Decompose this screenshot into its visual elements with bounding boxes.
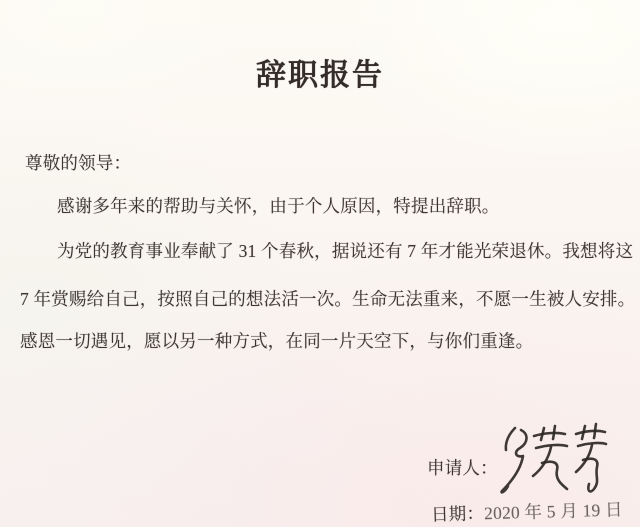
salutation-line: 尊敬的领导： — [25, 150, 131, 175]
date-label: 日期： — [431, 503, 485, 524]
resignation-letter-photo: 辞职报告 尊敬的领导： 感谢多年来的帮助与关怀，由于个人原因，特提出辞职。 为党… — [0, 0, 640, 527]
handwritten-signature — [490, 421, 610, 499]
paragraph-career-line-2: 7 年赏赐给自己，按照自己的想法活一次。生命无法重来，不愿一生被人安排。 — [20, 286, 635, 311]
paragraph-thanks: 感谢多年来的帮助与关怀，由于个人原因，特提出辞职。 — [57, 193, 500, 218]
paragraph-career-line-1: 为党的教育事业奉献了 31 个春秋，据说还有 7 年才能光荣退休。我想将这 — [57, 238, 633, 263]
date-value: 2020 年 5 月 19 日 — [484, 499, 623, 523]
date-row: 日期：2020 年 5 月 19 日 — [431, 496, 623, 526]
applicant-row: 申请人： — [427, 455, 498, 480]
paragraph-farewell: 感恩一切遇见，愿以另一种方式，在同一片天空下，与你们重逢。 — [20, 328, 533, 353]
applicant-label: 申请人： — [427, 458, 498, 478]
letter-title: 辞职报告 — [0, 50, 640, 94]
